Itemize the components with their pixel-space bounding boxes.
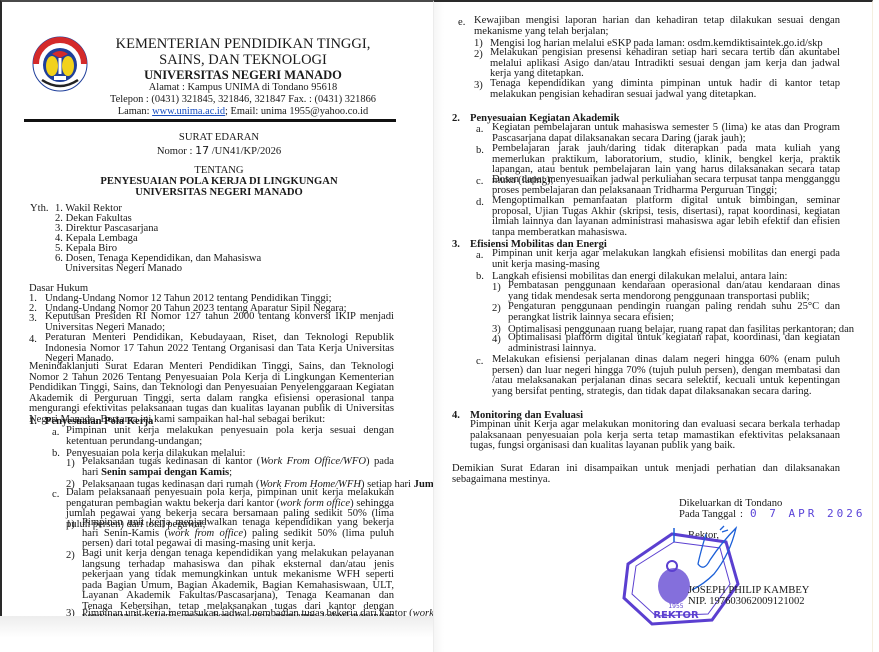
section3-item-b2: Pengaturan penggunaan pendingin ruangan … <box>508 302 840 323</box>
legal-basis-item: Peraturan Menteri Pendidikan, Kebudayaan… <box>45 333 394 365</box>
section-number: 3. <box>452 238 460 251</box>
subject-line2: UNIVERSITAS NEGERI MANADO <box>2 186 434 199</box>
recipients-label: Yth. <box>30 202 49 215</box>
ministry-name-line2: SAINS, DAN TEKNOLOGI <box>98 52 388 69</box>
item-label: a. <box>476 249 483 262</box>
website-link[interactable]: www.unima.ac.id <box>152 106 225 117</box>
date-label: Pada Tanggal <box>679 508 736 521</box>
section1-item-e3: Tenaga kependidikan yang diminta pimpina… <box>490 79 840 100</box>
section3-item-c: Melakukan efisiensi perjalanan dinas dal… <box>492 355 840 397</box>
item-label: 1) <box>66 457 75 470</box>
phone: Telepon : (0431) 321845, 321846, 321847 … <box>98 94 388 105</box>
document-page-1: KEMENTERIAN PENDIDIKAN TINGGI, SAINS, DA… <box>0 0 434 616</box>
section3-item-b4: Optimalisasi platform digital untuk kegi… <box>508 333 840 354</box>
section1-item-c2: Bagi unit kerja dengan tenaga kependidik… <box>82 549 394 616</box>
section1-item-b1: Pelaksanaan tugas kedinasan di kantor (W… <box>82 457 394 478</box>
handwritten-number: 17 <box>195 144 209 157</box>
ministry-name-line1: KEMENTERIAN PENDIDIKAN TINGGI, <box>98 36 388 53</box>
item-label: a. <box>52 426 59 439</box>
recipient-continuation: Universitas Negeri Manado <box>65 262 182 275</box>
closing-paragraph: Demikian Surat Edaran ini disampaikan un… <box>452 464 840 485</box>
item-label: 3) <box>66 607 75 616</box>
date-colon: : <box>740 508 743 521</box>
university-name: UNIVERSITAS NEGERI MANADO <box>98 68 388 83</box>
item-label: 3) <box>474 79 483 92</box>
letter-type: SURAT EDARAN <box>2 131 434 144</box>
legal-basis-num: 3. <box>29 312 37 325</box>
item-label: b. <box>52 447 60 460</box>
legal-basis-num: 4. <box>29 333 37 346</box>
item-label: e. <box>458 16 465 29</box>
section2-item-d: Mengoptimalkan pemanfaatan platform digi… <box>492 196 840 238</box>
item-label: d. <box>476 196 484 209</box>
section1-item-c3: Pimpinan unit kerja memasukan jadwal pem… <box>82 607 434 616</box>
university-logo-icon <box>32 36 88 92</box>
section1-item-c1: Pimpinan unit kerja menjadwalkan tenaga … <box>82 518 394 550</box>
section4-text: Pimpinan unit Kerja agar melakukan monit… <box>470 420 840 452</box>
legal-basis-item: Keputusan Presiden RI Nomor 127 tahun 20… <box>45 312 394 333</box>
item-label: c. <box>476 355 483 368</box>
signatory-nip: NIP. 197603062009121002 <box>688 595 805 608</box>
section3-item-b1: Pembatasan penggunaan kendaraan operasio… <box>508 281 840 302</box>
item-label: 2) <box>66 549 75 562</box>
item-label: a. <box>476 123 483 136</box>
section-number: 2. <box>452 112 460 125</box>
page-shadow <box>0 616 434 652</box>
letter-number: Nomor : 17 /UN41/KP/2026 <box>2 144 434 158</box>
section2-item-c: Dosen dapat menyesuaikan jadwal perkulia… <box>492 175 840 196</box>
section-number: 4. <box>452 409 460 422</box>
item-label: c. <box>476 175 483 188</box>
svg-text:1955: 1955 <box>668 603 683 610</box>
item-label: 2) <box>492 302 501 315</box>
section2-item-a: Kegiatan pembelajaran untuk mahasiswa se… <box>492 123 840 144</box>
section3-item-a: Pimpinan unit kerja agar melakukan langk… <box>492 249 840 270</box>
letterhead-divider <box>24 119 396 122</box>
website-email: Laman: www.unima.ac.id; Email: unima 195… <box>98 106 388 117</box>
item-label: 4) <box>492 333 501 346</box>
address: Alamat : Kampus UNIMA di Tondano 95618 <box>98 82 388 93</box>
item-label: c. <box>52 488 59 501</box>
document-page-2: e. Kewajiban mengisi laporan harian dan … <box>433 0 873 652</box>
section-number: 1. <box>29 415 37 428</box>
item-label: b. <box>476 144 484 157</box>
section1-item-e: Kewajiban mengisi laporan harian dan keh… <box>474 16 840 37</box>
item-label: 1) <box>66 518 75 531</box>
date-stamp: 0 7 APR 2026 <box>750 507 865 520</box>
section1-item-e2: Melakukan pengisian presensi kehadiran s… <box>490 48 840 80</box>
item-label: 1) <box>492 281 501 294</box>
svg-text:REKTOR: REKTOR <box>653 610 699 621</box>
item-label: b. <box>476 270 484 283</box>
item-label: 2) <box>474 48 483 61</box>
section1-item-a: Pimpinan unit kerja melakukan penyesuain… <box>66 426 394 447</box>
